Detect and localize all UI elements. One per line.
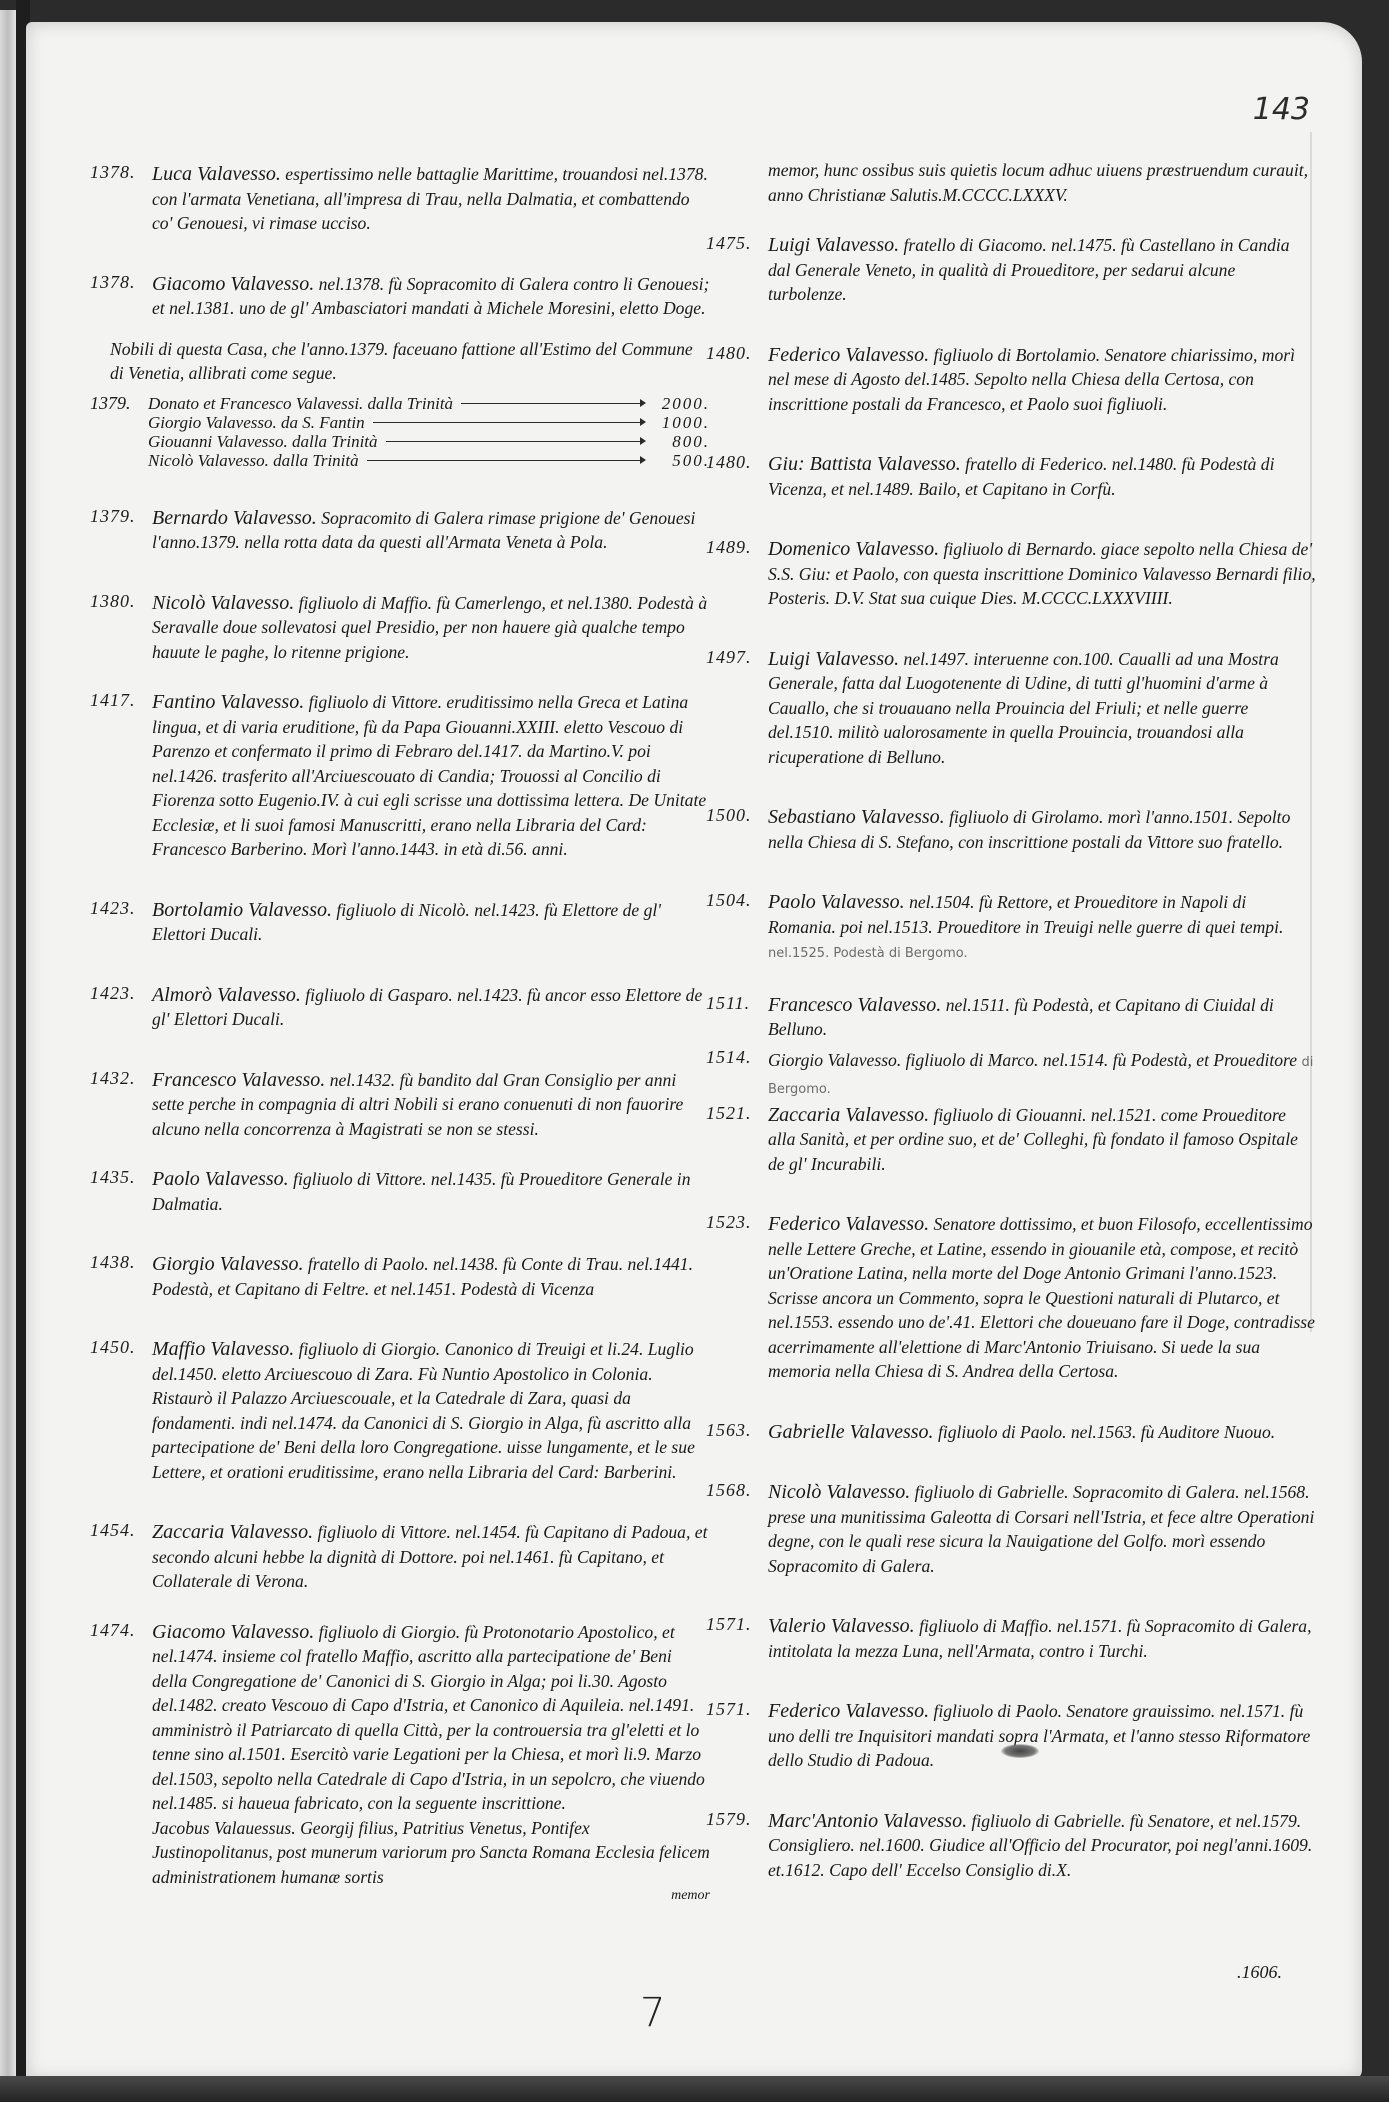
entry-year: 1438. <box>90 1252 148 1273</box>
pencil-page-mark: 7 <box>640 1990 665 2036</box>
entry-text: Bortolamio Valavesso. figliuolo di Nicol… <box>152 898 710 947</box>
entry-name: Francesco Valavesso. <box>152 1069 325 1091</box>
entry-text: Federico Valavesso. figliuolo di Bortola… <box>768 343 1316 417</box>
entry-text: Francesco Valavesso. nel.1432. fù bandit… <box>152 1068 710 1142</box>
entry-name: Paolo Valavesso. <box>152 1168 289 1190</box>
entry-name: Luca Valavesso. <box>152 163 281 185</box>
entry: 1521. Zaccaria Valavesso. figliuolo di G… <box>706 1103 1316 1177</box>
entry: 1474. Giacomo Valavesso. figliuolo di Gi… <box>90 1620 710 1816</box>
entry-name: Maffio Valavesso. <box>152 1338 294 1360</box>
entry: 1378. Luca Valavesso. espertissimo nelle… <box>90 162 710 236</box>
entry: 1480. Federico Valavesso. figliuolo di B… <box>706 343 1316 417</box>
entry-name: Giorgio Valavesso. <box>768 1050 901 1070</box>
entry-year: 1514. <box>706 1048 764 1066</box>
entry: 1435. Paolo Valavesso. figliuolo di Vitt… <box>90 1167 710 1216</box>
entry-name: Zaccaria Valavesso. <box>152 1521 313 1543</box>
entry: 1480. Giu: Battista Valavesso. fratello … <box>706 452 1316 501</box>
entry: 1417. Fantino Valavesso. figliuolo di Vi… <box>90 690 710 862</box>
entry-name: Bernardo Valavesso. <box>152 507 317 529</box>
estimo-notice: Nobili di questa Casa, che l'anno.1379. … <box>110 337 710 386</box>
entry: 1571. Valerio Valavesso. figliuolo di Ma… <box>706 1614 1316 1663</box>
inscription-text: memor, hunc ossibus suis quietis locum a… <box>768 158 1316 207</box>
entry: 1563. Gabrielle Valavesso. figliuolo di … <box>706 1420 1316 1445</box>
entry-name: Giacomo Valavesso. <box>152 273 314 295</box>
entry-year: 1523. <box>706 1212 764 1233</box>
entry-text: Nicolò Valavesso. figliuolo di Gabrielle… <box>768 1480 1316 1578</box>
entry-body: figliuolo di Giorgio. Canonico di Treuig… <box>152 1339 695 1482</box>
entry: 1378. Giacomo Valavesso. nel.1378. fù So… <box>90 272 710 321</box>
estimo-name: Nicolò Valavesso. dalla Trinità <box>148 451 359 470</box>
closing-date: .1606. <box>1237 1962 1282 1983</box>
entry-name: Bortolamio Valavesso. <box>152 899 332 921</box>
entry-name: Luigi Valavesso. <box>768 648 899 670</box>
entry-text: Fantino Valavesso. figliuolo di Vittore.… <box>152 690 710 862</box>
entry-name: Valerio Valavesso. <box>768 1615 915 1637</box>
entry-text: Marc'Antonio Valavesso. figliuolo di Gab… <box>768 1809 1316 1883</box>
entry-name: Domenico Valavesso. <box>768 538 939 560</box>
entry: 1454. Zaccaria Valavesso. figliuolo di V… <box>90 1520 710 1594</box>
entry: 1379. Bernardo Valavesso. Sopracomito di… <box>90 506 710 555</box>
entry-year: 1475. <box>706 233 764 254</box>
estimo-row: 1379. Donato et Francesco Valavessi. dal… <box>90 394 710 413</box>
arrow-icon <box>367 460 644 461</box>
estimo-row: Giorgio Valavesso. da S. Fantin 1000. <box>90 413 710 432</box>
entry-name: Federico Valavesso. <box>768 344 929 366</box>
entry-text: Federico Valavesso. figliuolo di Paolo. … <box>768 1699 1316 1773</box>
entry: 1579. Marc'Antonio Valavesso. figliuolo … <box>706 1809 1316 1883</box>
estimo-amount: 1000. <box>650 413 710 432</box>
entry-text: Zaccaria Valavesso. figliuolo di Vittore… <box>152 1520 710 1594</box>
entry-name: Federico Valavesso. <box>768 1213 929 1235</box>
entry: 1523. Federico Valavesso. Senatore dotti… <box>706 1212 1316 1384</box>
entry-year: 1417. <box>90 690 148 711</box>
entry-body: figliuolo di Marco. nel.1514. fù Podestà… <box>906 1050 1297 1070</box>
entry-text: Zaccaria Valavesso. figliuolo di Giouann… <box>768 1103 1316 1177</box>
entry-name: Marc'Antonio Valavesso. <box>768 1810 967 1832</box>
entry-name: Giacomo Valavesso. <box>152 1621 314 1643</box>
estimo-name: Donato et Francesco Valavessi. dalla Tri… <box>148 394 453 413</box>
entry-name: Nicolò Valavesso. <box>152 592 294 614</box>
manuscript-page: 143 1378. Luca Valavesso. espertissimo n… <box>26 22 1362 2080</box>
catchword: memor <box>152 1889 710 1903</box>
entry-year: 1379. <box>90 506 148 527</box>
entry-body: figliuolo di Paolo. nel.1563. fù Auditor… <box>938 1422 1275 1442</box>
entry-name: Nicolò Valavesso. <box>768 1481 910 1503</box>
ink-blot <box>1001 1744 1039 1758</box>
entry-text: Federico Valavesso. Senatore dottissimo,… <box>768 1212 1316 1384</box>
arrow-icon <box>373 422 644 423</box>
entry-name: Giu: Battista Valavesso. <box>768 453 961 475</box>
entry-year: 1511. <box>706 993 764 1014</box>
entry-year: 1454. <box>90 1520 148 1541</box>
entry-text: Giorgio Valavesso. figliuolo di Marco. n… <box>768 1048 1316 1103</box>
entry-text: Almorò Valavesso. figliuolo di Gasparo. … <box>152 983 710 1032</box>
entry: 1475. Luigi Valavesso. fratello di Giaco… <box>706 233 1316 307</box>
entry: 1423. Bortolamio Valavesso. figliuolo di… <box>90 898 710 947</box>
entry: 1450. Maffio Valavesso. figliuolo di Gio… <box>90 1337 710 1484</box>
entry: 1497. Luigi Valavesso. nel.1497. interue… <box>706 647 1316 770</box>
entry-text: Francesco Valavesso. nel.1511. fù Podest… <box>768 993 1316 1042</box>
entry: 1504. Paolo Valavesso. nel.1504. fù Rett… <box>706 890 1316 967</box>
entry: 1380. Nicolò Valavesso. figliuolo di Maf… <box>90 591 710 665</box>
inscription-text: Jacobus Valauessus. Georgij filius, Patr… <box>152 1816 710 1890</box>
estimo-amount: 800. <box>650 432 710 451</box>
entry-year: 1432. <box>90 1068 148 1089</box>
entry-body: figliuolo di Giorgio. fù Protonotario Ap… <box>152 1622 705 1814</box>
right-column: memor, hunc ossibus suis quietis locum a… <box>706 158 1316 1882</box>
entry: 1571. Federico Valavesso. figliuolo di P… <box>706 1699 1316 1773</box>
entry-year: 1571. <box>706 1699 764 1720</box>
entry-text: Nicolò Valavesso. figliuolo di Maffio. f… <box>152 591 710 665</box>
entry-year: 1378. <box>90 272 148 293</box>
entry-year: 1504. <box>706 890 764 911</box>
entry-body: Senatore dottissimo, et buon Filosofo, e… <box>768 1214 1315 1381</box>
entry-name: Fantino Valavesso. <box>152 691 304 713</box>
entry-year: 1378. <box>90 162 148 183</box>
folio-number: 143 <box>1253 92 1310 127</box>
entry-year: 1480. <box>706 452 764 473</box>
entry-name: Paolo Valavesso. <box>768 891 905 913</box>
entry-year: 1435. <box>90 1167 148 1188</box>
entry-text: Bernardo Valavesso. Sopracomito di Galer… <box>152 506 710 555</box>
entry-added: 1514. Giorgio Valavesso. figliuolo di Ma… <box>706 1048 1316 1103</box>
entry-text: Paolo Valavesso. nel.1504. fù Rettore, e… <box>768 890 1316 967</box>
entry-year: 1474. <box>90 1620 148 1641</box>
estimo-name: Giorgio Valavesso. da S. Fantin <box>148 413 365 432</box>
estimo-amount: 500. <box>650 451 710 470</box>
inscription: Jacobus Valauessus. Georgij filius, Patr… <box>90 1816 710 1904</box>
entry-text: Luca Valavesso. espertissimo nelle batta… <box>152 162 710 236</box>
inscription-continuation: memor, hunc ossibus suis quietis locum a… <box>706 158 1316 207</box>
entry-name: Francesco Valavesso. <box>768 994 941 1016</box>
entry-name: Federico Valavesso. <box>768 1700 929 1722</box>
entry-text: Luigi Valavesso. nel.1497. interuenne co… <box>768 647 1316 770</box>
entry-year: 1423. <box>90 898 148 919</box>
entry-text: Giacomo Valavesso. nel.1378. fù Sopracom… <box>152 272 710 321</box>
entry-text: Giacomo Valavesso. figliuolo di Giorgio.… <box>152 1620 710 1816</box>
entry-text: Gabrielle Valavesso. figliuolo di Paolo.… <box>768 1420 1316 1445</box>
entry: 1568. Nicolò Valavesso. figliuolo di Gab… <box>706 1480 1316 1578</box>
pencil-annotation: nel.1525. Podestà di Bergomo. <box>768 946 968 961</box>
entry-year: 1521. <box>706 1103 764 1124</box>
entry-year: 1563. <box>706 1420 764 1441</box>
entry-text: Valerio Valavesso. figliuolo di Maffio. … <box>768 1614 1316 1663</box>
left-column: 1378. Luca Valavesso. espertissimo nelle… <box>90 162 710 1903</box>
estimo-list: 1379. Donato et Francesco Valavessi. dal… <box>90 394 710 470</box>
entry-year: 1568. <box>706 1480 764 1501</box>
entry-body: figliuolo di Vittore. eruditissimo nella… <box>152 692 706 859</box>
book-binding-edge <box>0 10 16 2102</box>
entry-name: Zaccaria Valavesso. <box>768 1104 929 1126</box>
entry-name: Luigi Valavesso. <box>768 234 899 256</box>
entry-year: 1380. <box>90 591 148 612</box>
entry-year: 1497. <box>706 647 764 668</box>
entry: 1500. Sebastiano Valavesso. figliuolo di… <box>706 805 1316 854</box>
entry-year: 1489. <box>706 537 764 558</box>
entry-name: Gabrielle Valavesso. <box>768 1421 934 1443</box>
entry-text: Domenico Valavesso. figliuolo di Bernard… <box>768 537 1316 611</box>
entry-year: 1500. <box>706 805 764 826</box>
entry-text: Luigi Valavesso. fratello di Giacomo. ne… <box>768 233 1316 307</box>
entry-name: Almorò Valavesso. <box>152 984 301 1006</box>
entry-year: 1450. <box>90 1337 148 1358</box>
entry-name: Sebastiano Valavesso. <box>768 806 945 828</box>
entry: 1423. Almorò Valavesso. figliuolo di Gas… <box>90 983 710 1032</box>
scan-bottom-edge <box>0 2076 1389 2102</box>
entry-text: Maffio Valavesso. figliuolo di Giorgio. … <box>152 1337 710 1484</box>
entry-text: Paolo Valavesso. figliuolo di Vittore. n… <box>152 1167 710 1216</box>
entry-year: 1579. <box>706 1809 764 1830</box>
entry-name: Giorgio Valavesso. <box>152 1253 303 1275</box>
entry-year: 1480. <box>706 343 764 364</box>
entry-text: Giorgio Valavesso. fratello di Paolo. ne… <box>152 1252 710 1301</box>
estimo-amount: 2000. <box>650 394 710 413</box>
estimo-row: Giouanni Valavesso. dalla Trinità 800. <box>90 432 710 451</box>
entry-year: 1423. <box>90 983 148 1004</box>
entry: 1432. Francesco Valavesso. nel.1432. fù … <box>90 1068 710 1142</box>
arrow-icon <box>461 403 644 404</box>
entry: 1489. Domenico Valavesso. figliuolo di B… <box>706 537 1316 611</box>
entry-text: Giu: Battista Valavesso. fratello di Fed… <box>768 452 1316 501</box>
entry: 1438. Giorgio Valavesso. fratello di Pao… <box>90 1252 710 1301</box>
entry-year: 1571. <box>706 1614 764 1635</box>
estimo-row: Nicolò Valavesso. dalla Trinità 500. <box>90 451 710 470</box>
entry: 1511. Francesco Valavesso. nel.1511. fù … <box>706 993 1316 1042</box>
entry-text: Sebastiano Valavesso. figliuolo di Girol… <box>768 805 1316 854</box>
estimo-year: 1379. <box>90 394 148 413</box>
estimo-name: Giouanni Valavesso. dalla Trinità <box>148 432 378 451</box>
arrow-icon <box>386 441 644 442</box>
